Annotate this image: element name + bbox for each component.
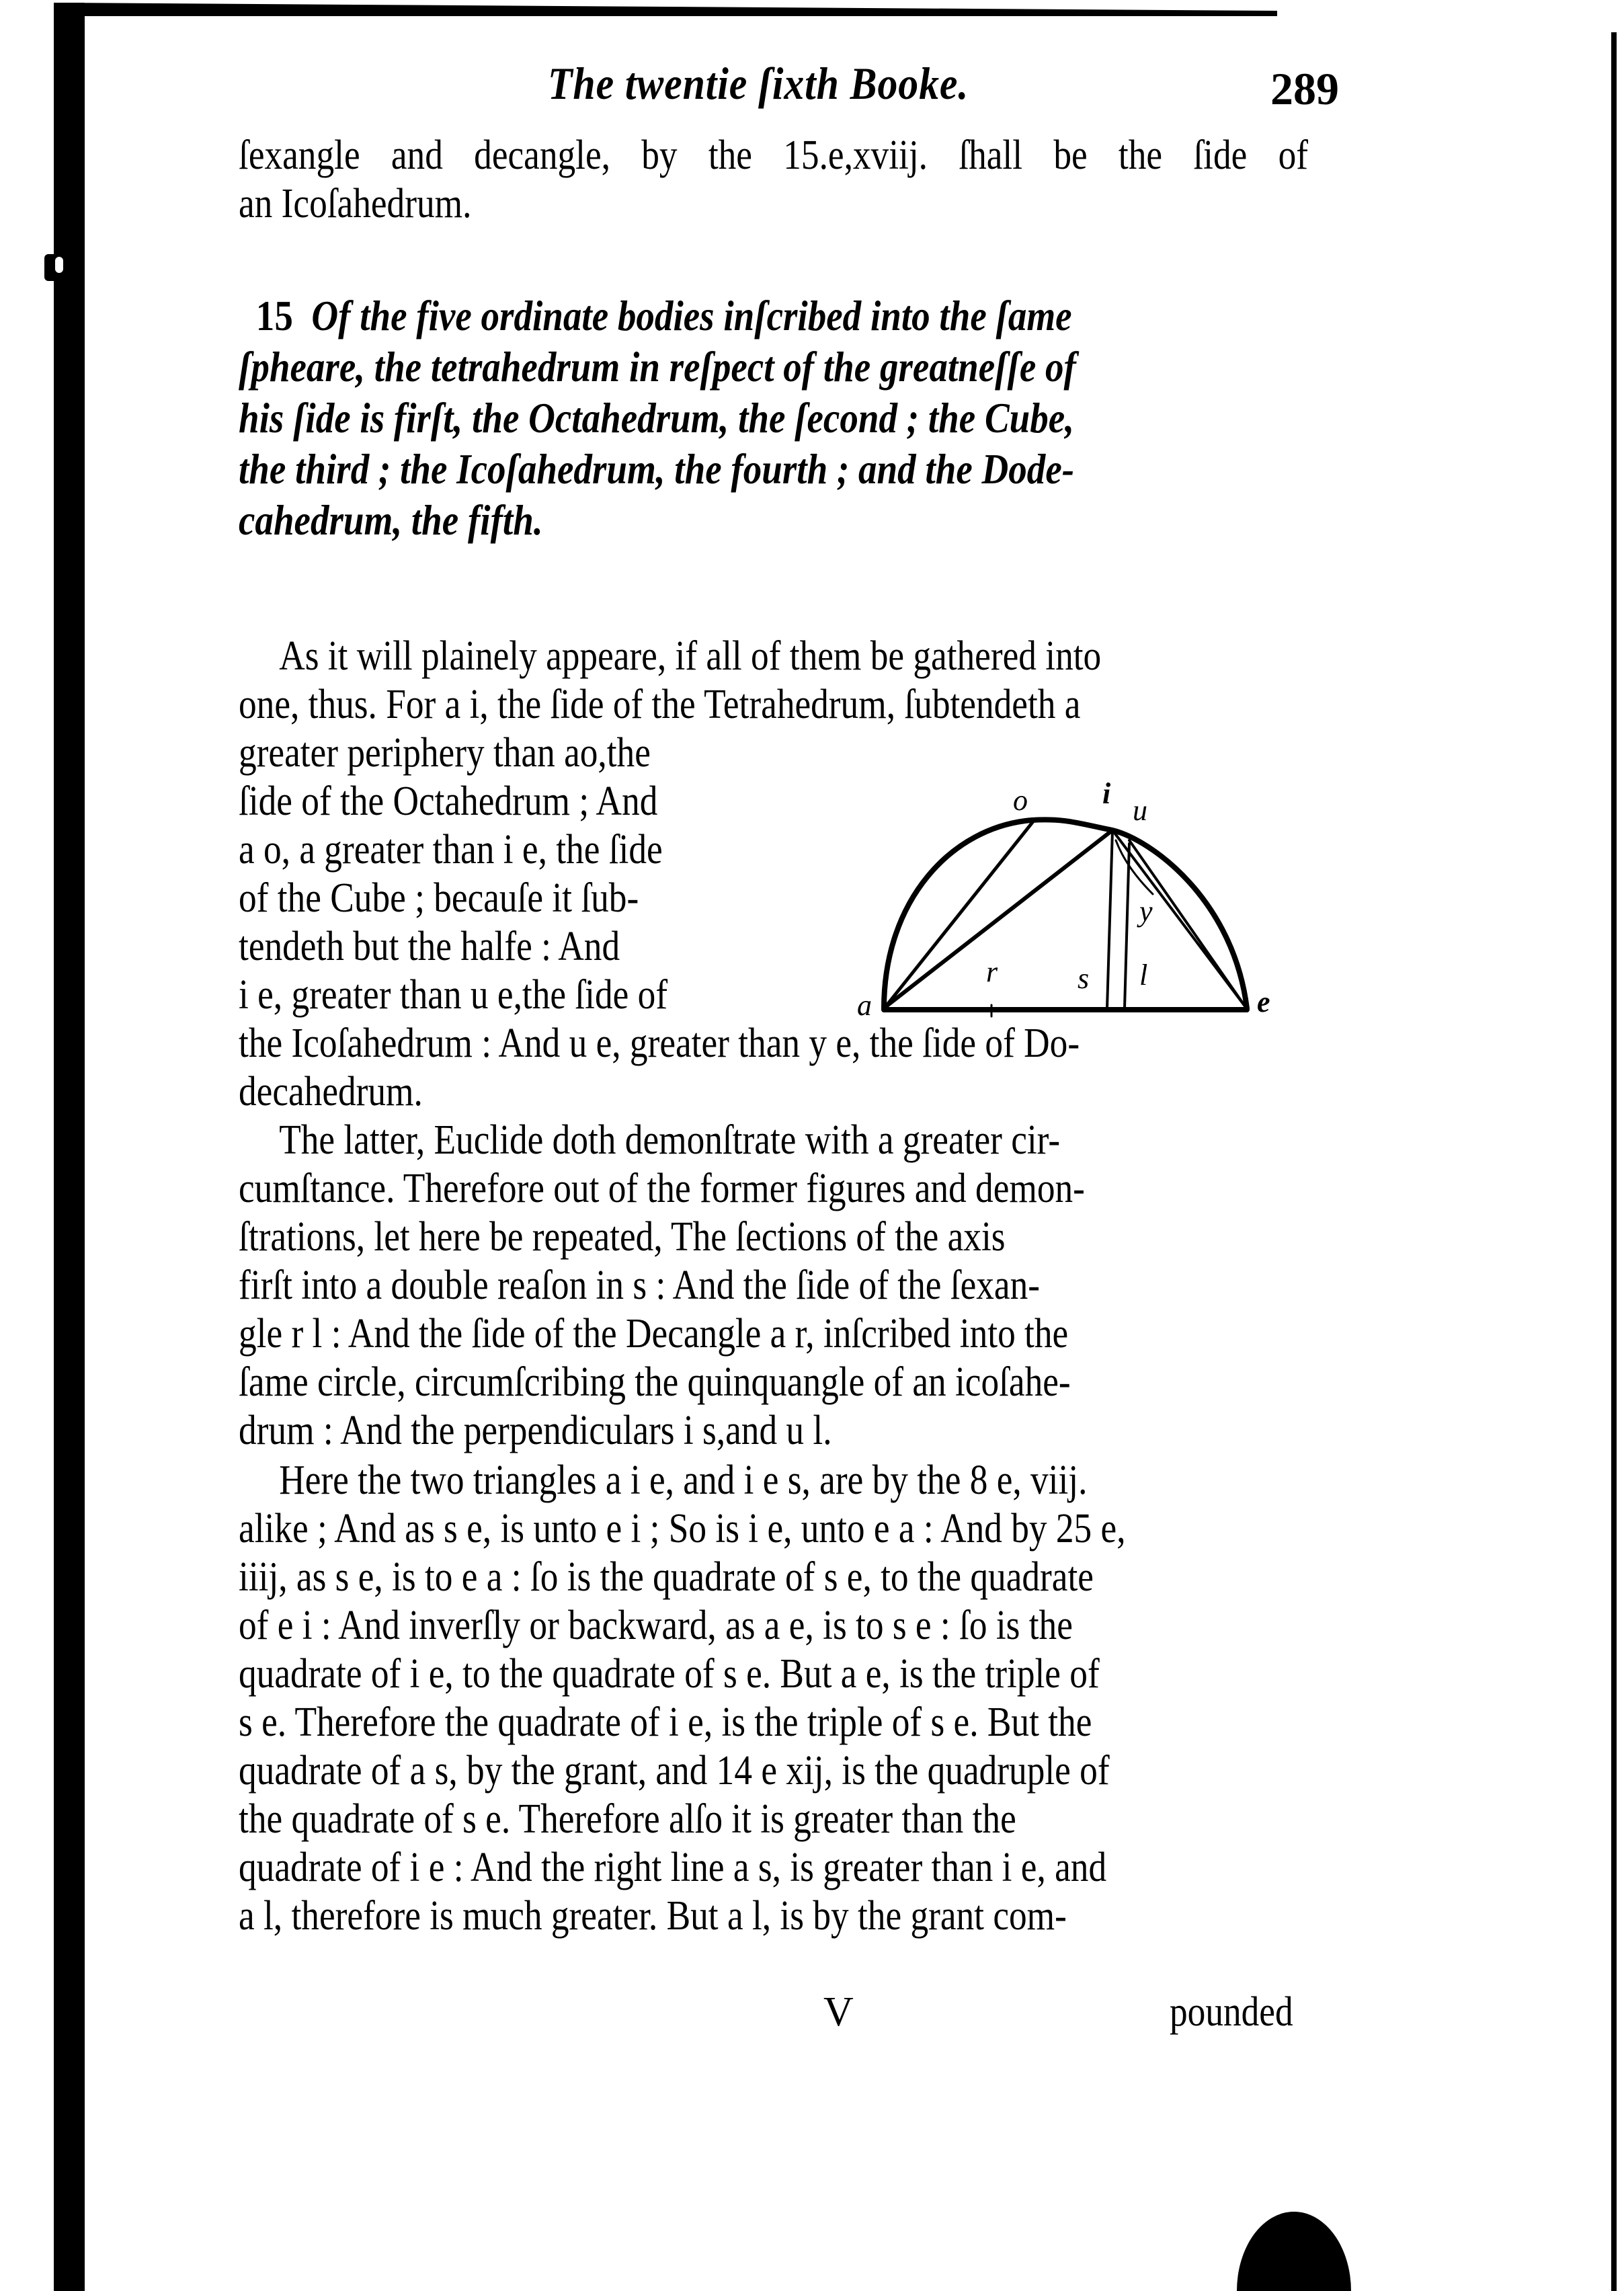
- text-line: gle r l : And the ſide of the Decangle a…: [239, 1310, 1158, 1358]
- label-y: y: [1139, 894, 1153, 928]
- proposition-15: 15 Of the five ordinate bodies inſcribed…: [239, 290, 1307, 546]
- proposition-line: his ſide is firſt, the Octahedrum, the ſ…: [239, 393, 1158, 444]
- continuation-text: ſexangle and decangle, by the 15.e,xviij…: [239, 131, 1307, 228]
- text-line: s e. Therefore the quadrate of i e, is t…: [239, 1698, 1158, 1746]
- text-line: alike ; And as s e, is unto e i ; So is …: [239, 1504, 1158, 1553]
- text-line: drum : And the perpendiculars i s,and u …: [239, 1406, 1158, 1455]
- gutter-notch: [44, 254, 65, 281]
- label-u: u: [1133, 793, 1147, 828]
- proposition-first-line: 15 Of the five ordinate bodies inſcribed…: [239, 290, 1158, 341]
- left-gutter-shadow: [54, 3, 85, 2291]
- label-e: e: [1257, 985, 1270, 1019]
- label-i: i: [1102, 776, 1110, 811]
- proposition-line: ſpheare, the tetrahedrum in reſpect of t…: [239, 341, 1158, 393]
- semicircle-arc: [884, 819, 1247, 1008]
- text-line: the Icoſahedrum : And u e, greater than …: [239, 1019, 1158, 1068]
- bottom-ink-blot: [1237, 2212, 1351, 2291]
- text-line: iiij, as s e, is to e a : ſo is the quad…: [239, 1553, 1158, 1601]
- proposition-number: 15: [256, 292, 293, 339]
- text-line: one, thus. For a i, the ſide of the Tetr…: [239, 680, 1158, 729]
- proposition-text: Of the five ordinate bodies inſcribed in…: [311, 292, 1071, 339]
- proposition-line: cahedrum, the fifth.: [239, 495, 1158, 546]
- text-line: of e i : And inverſly or backward, as a …: [239, 1601, 1158, 1650]
- perpendicular-ul: [1125, 844, 1129, 1008]
- text-line: The latter, Euclide doth demonſtrate wit…: [239, 1116, 1158, 1164]
- paragraph-2: The latter, Euclide doth demonſtrate wit…: [239, 1116, 1307, 1455]
- paragraph-3: Here the two triangles a i e, and i e s,…: [239, 1456, 1307, 1940]
- label-a: a: [857, 988, 872, 1022]
- diagram-svg: [844, 766, 1301, 1022]
- label-s: s: [1078, 961, 1089, 996]
- text-line: a l, therefore is much greater. But a l,…: [239, 1892, 1158, 1940]
- text-line: quadrate of a s, by the grant, and 14 e …: [239, 1746, 1158, 1795]
- label-l: l: [1139, 958, 1147, 992]
- proposition-line: the third ; the Icoſahedrum, the fourth …: [239, 444, 1158, 495]
- text-line: ſtrations, let here be repeated, The ſec…: [239, 1213, 1158, 1261]
- label-r: r: [986, 955, 998, 989]
- signature-mark: V: [823, 1988, 854, 2036]
- text-line: Here the two triangles a i e, and i e s,…: [239, 1456, 1158, 1504]
- catchword: pounded: [1170, 1988, 1293, 2036]
- text-line: quadrate of i e, to the quadrate of s e.…: [239, 1650, 1158, 1698]
- text-line: ſexangle and decangle, by the 15.e,xviij…: [239, 131, 1308, 179]
- text-line: ſame circle, circumſcribing the quinquan…: [239, 1358, 1158, 1406]
- text-line: cumſtance. Therefore out of the former f…: [239, 1164, 1158, 1213]
- perpendicular-is: [1107, 830, 1112, 1008]
- running-title: The twentie ſixth Booke.: [548, 57, 969, 110]
- text-line: the quadrate of s e. Therefore alſo it i…: [239, 1795, 1158, 1843]
- right-border-rule: [1611, 32, 1617, 2291]
- text-line: an Icoſahedrum.: [239, 179, 1158, 228]
- label-o: o: [1013, 783, 1028, 817]
- top-border-rule: [54, 3, 1277, 16]
- text-line: As it will plainely appeare, if all of t…: [239, 632, 1158, 680]
- running-head: The twentie ſixth Booke. 289: [239, 57, 1307, 131]
- text-line: decahedrum.: [239, 1068, 1158, 1116]
- text-line: quadrate of i e : And the right line a s…: [239, 1843, 1158, 1892]
- semicircle-diagram: a o i u y r s l e: [844, 766, 1301, 1022]
- text-line: firſt into a double reaſon in s : And th…: [239, 1261, 1158, 1310]
- page-number: 289: [1270, 63, 1339, 116]
